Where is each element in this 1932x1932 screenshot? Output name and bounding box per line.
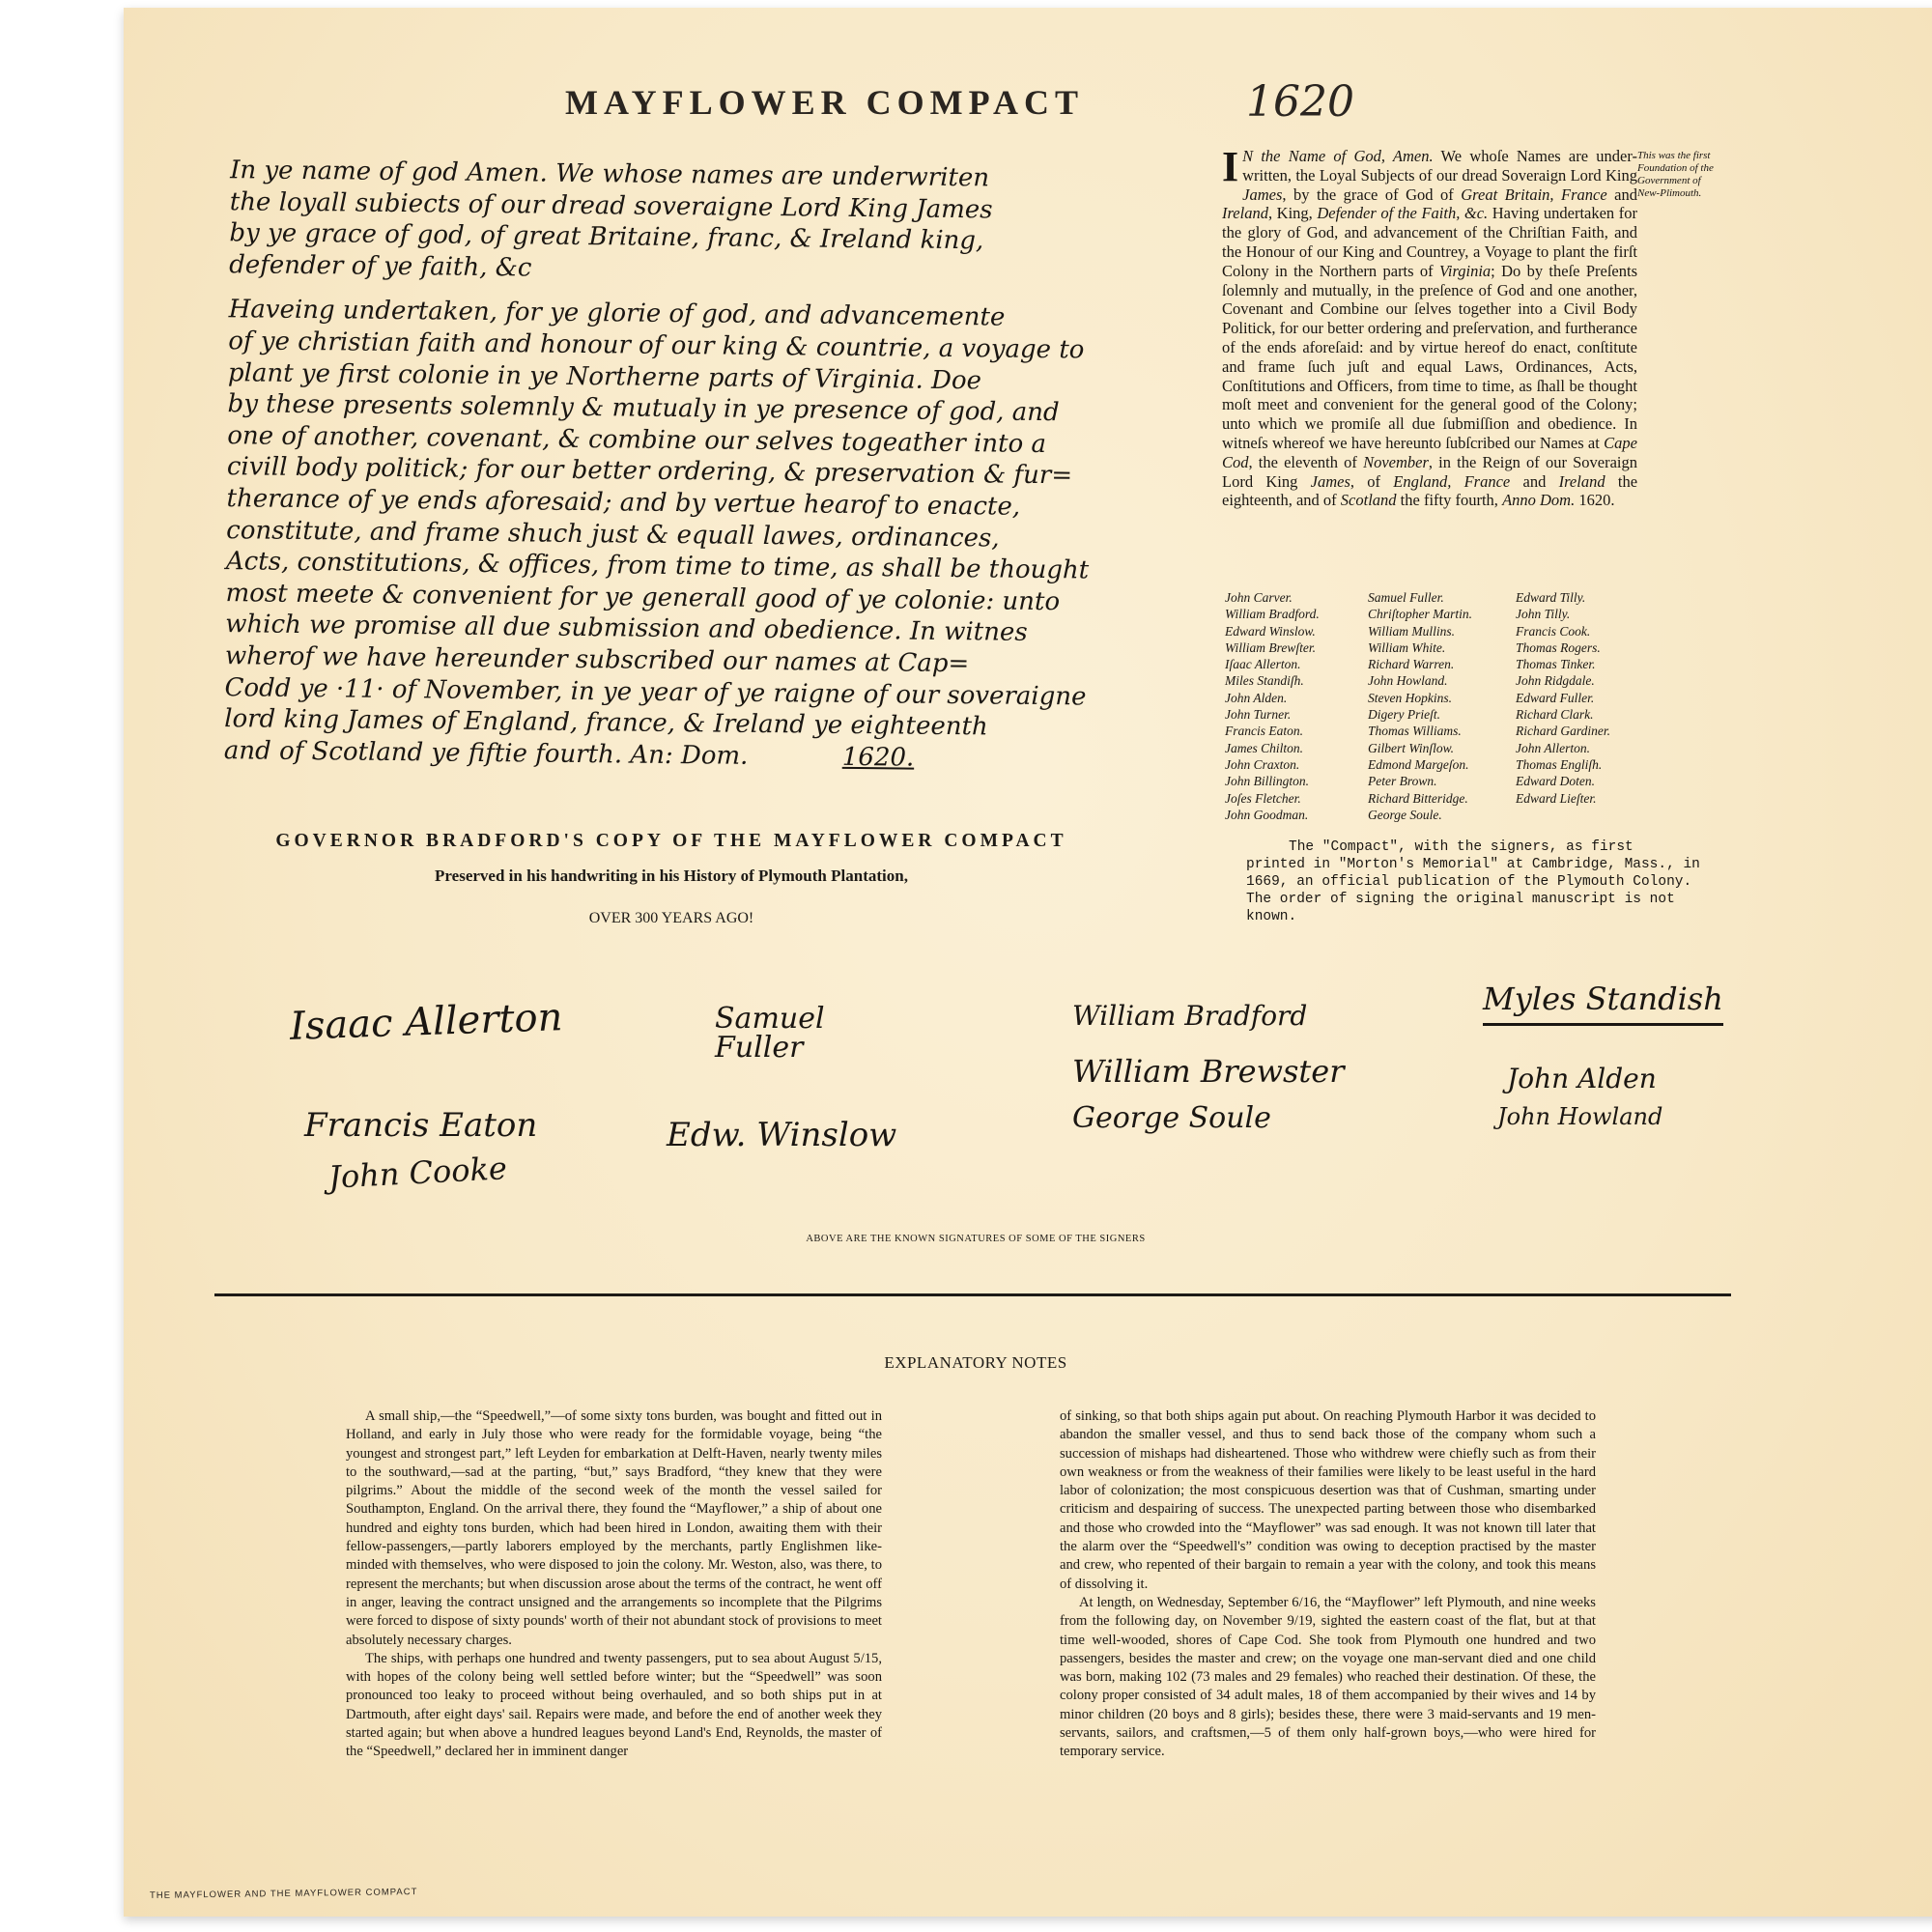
signer-name: John Allerton. [1516,740,1651,756]
printed-text-run: the fifty fourth, [1397,491,1503,509]
signer-name: Peter Brown. [1368,773,1508,789]
printed-text-run: and [1607,185,1637,204]
signer-name: John Billington. [1225,773,1360,789]
signer-name: Thomas Engliſh. [1516,756,1651,773]
governor-subheading: Preserved in his handwriting in his Hist… [203,867,1140,886]
signer-name: John Ridgdale. [1516,672,1651,689]
notes-paragraph: At length, on Wednesday, September 6/16,… [1060,1594,1596,1762]
governor-tagline: OVER 300 YEARS AGO! [203,910,1140,927]
signer-name: Edward Fuller. [1516,690,1651,706]
signers-note: The "Compact", with the signers, as firs… [1246,838,1700,925]
signer-name: Thomas Rogers. [1516,639,1651,656]
signature: William Brewster [1072,1053,1345,1090]
signers-list: John Carver.William Bradford.Edward Wins… [1225,589,1650,823]
signer-name: Edward Doten. [1516,773,1651,789]
printed-text-run: James [1242,185,1282,204]
signature: Edw. Winslow [667,1116,896,1154]
signer-name: Steven Hopkins. [1368,690,1508,706]
printed-text-run: 1620. [1575,491,1614,509]
signer-name: Richard Gardiner. [1516,723,1651,739]
signer-name: William White. [1368,639,1508,656]
signer-name: Chriſtopher Martin. [1368,606,1508,622]
signer-name: Richard Bitteridge. [1368,790,1508,807]
signer-name: Thomas Tinker. [1516,656,1651,672]
signature: Samuel Fuller [715,1005,850,1063]
signers-column: John Carver.William Bradford.Edward Wins… [1225,589,1360,823]
signer-name: Digery Prieſt. [1368,706,1508,723]
printed-text-run: November [1363,453,1429,471]
signer-name: Edward Tilly. [1516,589,1651,606]
signer-name: Iſaac Allerton. [1225,656,1360,672]
signature: Francis Eaton [304,1106,537,1145]
signer-name: John Howland. [1368,672,1508,689]
signer-name: George Soule. [1368,807,1508,823]
printed-text-run: Ireland [1222,204,1268,222]
signer-name: Francis Eaton. [1225,723,1360,739]
printed-text-run: James [1311,472,1350,491]
signer-name: Francis Cook. [1516,623,1651,639]
drop-cap: I [1222,149,1238,185]
notes-paragraph: A small ship,—the “Speedwell,”—of some s… [346,1407,882,1650]
printed-text-run: ; Do by theſe Preſents ſolemnly and mutu… [1222,262,1637,452]
signer-name: John Turner. [1225,706,1360,723]
signer-name: Richard Warren. [1368,656,1508,672]
signer-name: John Alden. [1225,690,1360,706]
notes-right-column: of sinking, so that both ships again put… [1060,1407,1596,1762]
title-year: 1620 [1246,77,1354,127]
signer-name: Miles Standiſh. [1225,672,1360,689]
printed-text-run: Anno Dom. [1502,491,1575,509]
printed-text-run: , the eleventh of [1249,453,1364,471]
signer-name: Joſes Fletcher. [1225,790,1360,807]
signer-name: William Bradford. [1225,606,1360,622]
notes-paragraph: of sinking, so that both ships again put… [1060,1407,1596,1594]
printed-text-run: and [1510,472,1558,491]
signer-name: Gilbert Winſlow. [1368,740,1508,756]
printed-body: We whoſe Names are under-written, the Lo… [1222,147,1637,509]
printed-text-run: Scotland [1341,491,1397,509]
printed-text-run: , of [1350,472,1393,491]
signer-name: William Mullins. [1368,623,1508,639]
signer-name: James Chilton. [1225,740,1360,756]
printed-opening: N the Name of God, Amen. [1242,147,1434,165]
printed-text-run: , by the grace of God of [1282,185,1461,204]
signer-name: Edward Lieſter. [1516,790,1651,807]
notes-left-column: A small ship,—the “Speedwell,”—of some s… [346,1407,882,1762]
signer-name: Richard Clark. [1516,706,1651,723]
signer-name: John Craxton. [1225,756,1360,773]
signature: Myles Standish [1483,980,1723,1026]
notes-heading: EXPLANATORY NOTES [193,1353,1758,1373]
signature: George Soule [1072,1101,1271,1135]
signature: John Alden [1507,1063,1657,1094]
manuscript-preamble: In ye name of god Amen. We whose names a… [229,155,1119,290]
printed-text-run: England, France [1393,472,1510,491]
notes-paragraph: The ships, with perhaps one hundred and … [346,1650,882,1762]
manuscript-body: Haveing undertaken, for ye glorie of god… [224,295,1118,777]
signature: Isaac Allerton [289,995,563,1049]
margin-note: This was the first Foundation of the Gov… [1637,150,1724,200]
signature: John Howland [1497,1103,1662,1130]
signer-name: John Goodman. [1225,807,1360,823]
signers-column: Edward Tilly.John Tilly.Francis Cook.Tho… [1516,589,1651,823]
signer-name: Samuel Fuller. [1368,589,1508,606]
signer-name: William Brewſter. [1225,639,1360,656]
printed-text-run: Great Britain, France [1461,185,1606,204]
printed-text-run: Defender of the Faith, &c. [1317,204,1488,222]
printed-text-run: Ireland [1559,472,1605,491]
signer-name: John Tilly. [1516,606,1651,622]
signer-name: John Carver. [1225,589,1360,606]
signers-column: Samuel Fuller.Chriſtopher Martin.William… [1368,589,1508,823]
section-divider [214,1293,1731,1296]
signature: William Bradford [1072,1000,1307,1032]
signer-name: Thomas Williams. [1368,723,1508,739]
signer-name: Edward Winslow. [1225,623,1360,639]
printed-compact-text: I N the Name of God, Amen. We whoſe Name… [1222,147,1637,510]
page-title: MAYFLOWER COMPACT [565,82,1084,123]
governor-heading: GOVERNOR BRADFORD'S COPY OF THE MAYFLOWE… [203,831,1140,852]
printed-text-run: , King, [1268,204,1317,222]
printed-text-run: Virginia [1439,262,1491,280]
handwritten-manuscript: In ye name of god Amen. We whose names a… [224,155,1120,776]
signer-name: Edmond Margeſon. [1368,756,1508,773]
signatures-caption: ABOVE ARE THE KNOWN SIGNATURES OF SOME O… [193,1234,1758,1244]
